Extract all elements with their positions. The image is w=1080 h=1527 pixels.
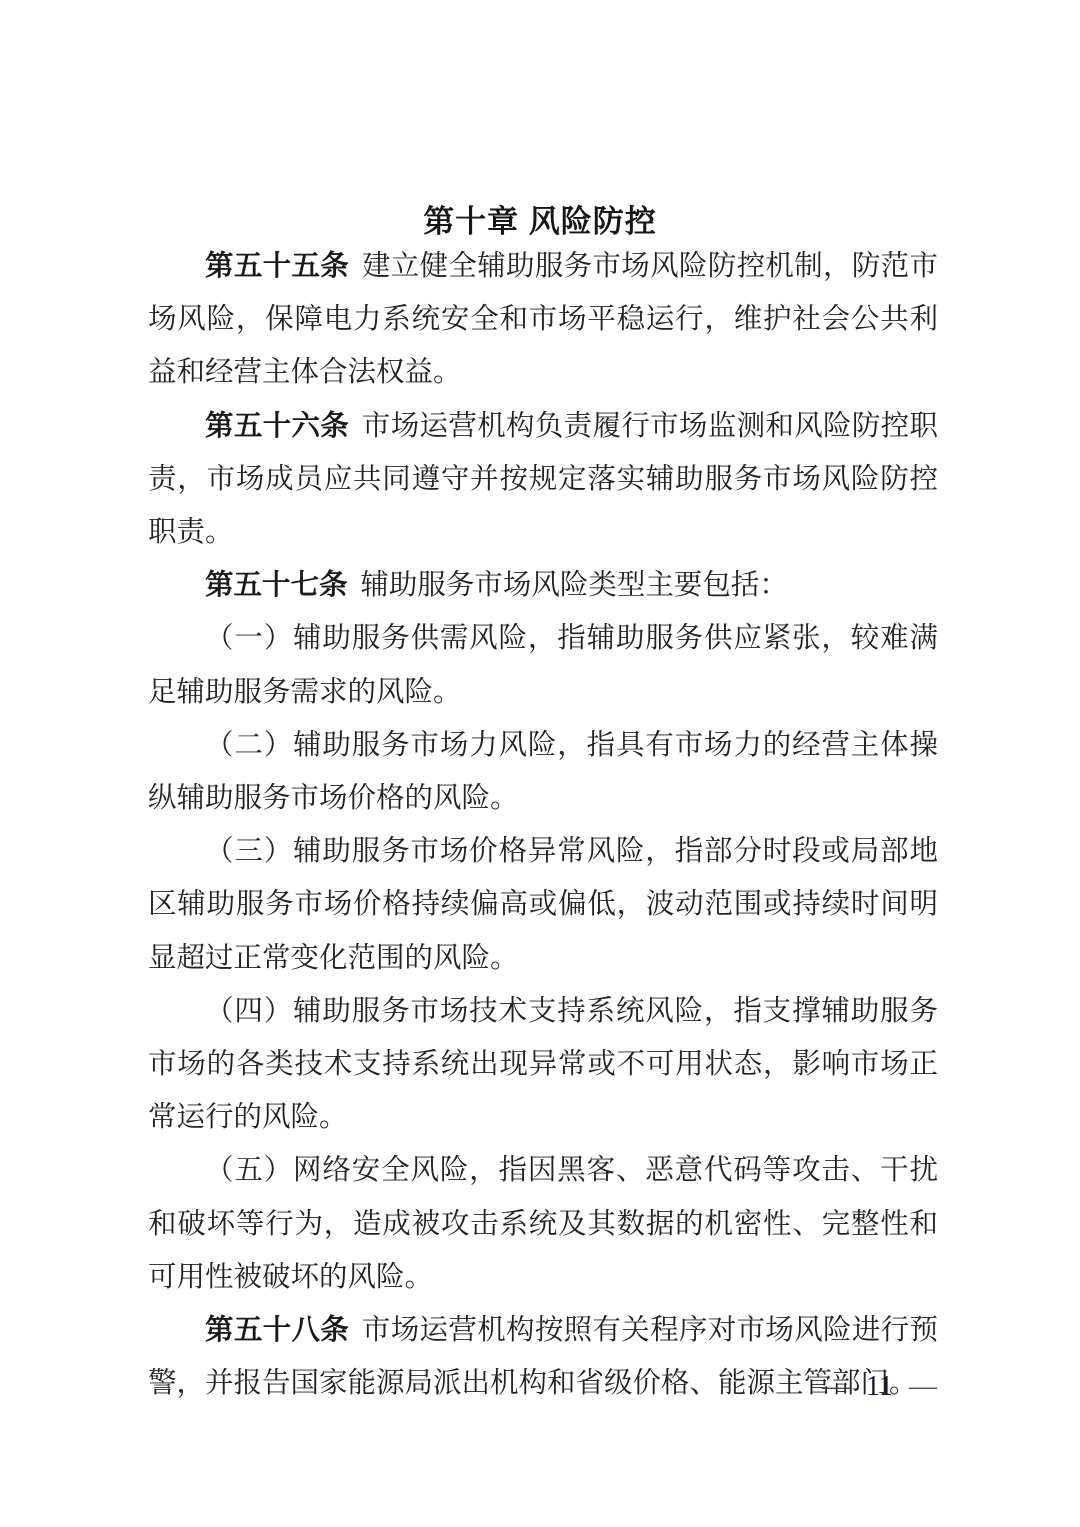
paragraph-article-56: 第五十六条市场运营机构负责履行市场监测和风险防控职责，市场成员应共同遵守并按规定… bbox=[148, 400, 938, 560]
document-page: 第十章 风险防控 第五十五条建立健全辅助服务市场风险防控机制，防范市场风险，保障… bbox=[0, 0, 1080, 1527]
paragraph-item-2: （二）辅助服务市场力风险，指具有市场力的经营主体操纵辅助服务市场价格的风险。 bbox=[148, 719, 938, 825]
article-number: 第五十七条 bbox=[205, 570, 348, 601]
paragraph-item-4: （四）辅助服务市场技术支持系统风险，指支撑辅助服务市场的各类技术支持系统出现异常… bbox=[148, 985, 938, 1145]
article-text: （二）辅助服务市场力风险，指具有市场力的经营主体操纵辅助服务市场价格的风险。 bbox=[148, 730, 938, 814]
footer-dash-left: — bbox=[822, 1371, 850, 1402]
document-body: 第五十五条建立健全辅助服务市场风险防控机制，防范市场风险，保障电力系统安全和市场… bbox=[148, 240, 938, 1410]
article-number: 第五十六条 bbox=[205, 411, 349, 442]
article-text: （五）网络安全风险，指因黑客、恶意代码等攻击、干扰和破坏等行为，造成被攻击系统及… bbox=[148, 1155, 938, 1292]
paragraph-item-5: （五）网络安全风险，指因黑客、恶意代码等攻击、干扰和破坏等行为，造成被攻击系统及… bbox=[148, 1144, 938, 1304]
article-number: 第五十五条 bbox=[205, 251, 349, 282]
article-text: 辅助服务市场风险类型主要包括： bbox=[360, 570, 788, 601]
paragraph-article-57: 第五十七条辅助服务市场风险类型主要包括： bbox=[148, 559, 938, 612]
paragraph-article-58: 第五十八条市场运营机构按照有关程序对市场风险进行预警，并报告国家能源局派出机构和… bbox=[148, 1304, 938, 1410]
article-number: 第五十八条 bbox=[205, 1315, 349, 1346]
paragraph-item-3: （三）辅助服务市场价格异常风险，指部分时段或局部地区辅助服务市场价格持续偏高或偏… bbox=[148, 825, 938, 985]
article-text: （三）辅助服务市场价格异常风险，指部分时段或局部地区辅助服务市场价格持续偏高或偏… bbox=[148, 836, 938, 973]
page-footer: —11— bbox=[822, 1372, 937, 1402]
footer-dash-right: — bbox=[909, 1371, 937, 1402]
page-number: 11 bbox=[866, 1371, 893, 1402]
article-text: （一）辅助服务供需风险，指辅助服务供应紧张，较难满足辅助服务需求的风险。 bbox=[148, 623, 938, 707]
chapter-title: 第十章 风险防控 bbox=[0, 196, 1080, 241]
article-text: （四）辅助服务市场技术支持系统风险，指支撑辅助服务市场的各类技术支持系统出现异常… bbox=[148, 996, 938, 1133]
paragraph-article-55: 第五十五条建立健全辅助服务市场风险防控机制，防范市场风险，保障电力系统安全和市场… bbox=[148, 240, 938, 400]
paragraph-item-1: （一）辅助服务供需风险，指辅助服务供应紧张，较难满足辅助服务需求的风险。 bbox=[148, 612, 938, 718]
